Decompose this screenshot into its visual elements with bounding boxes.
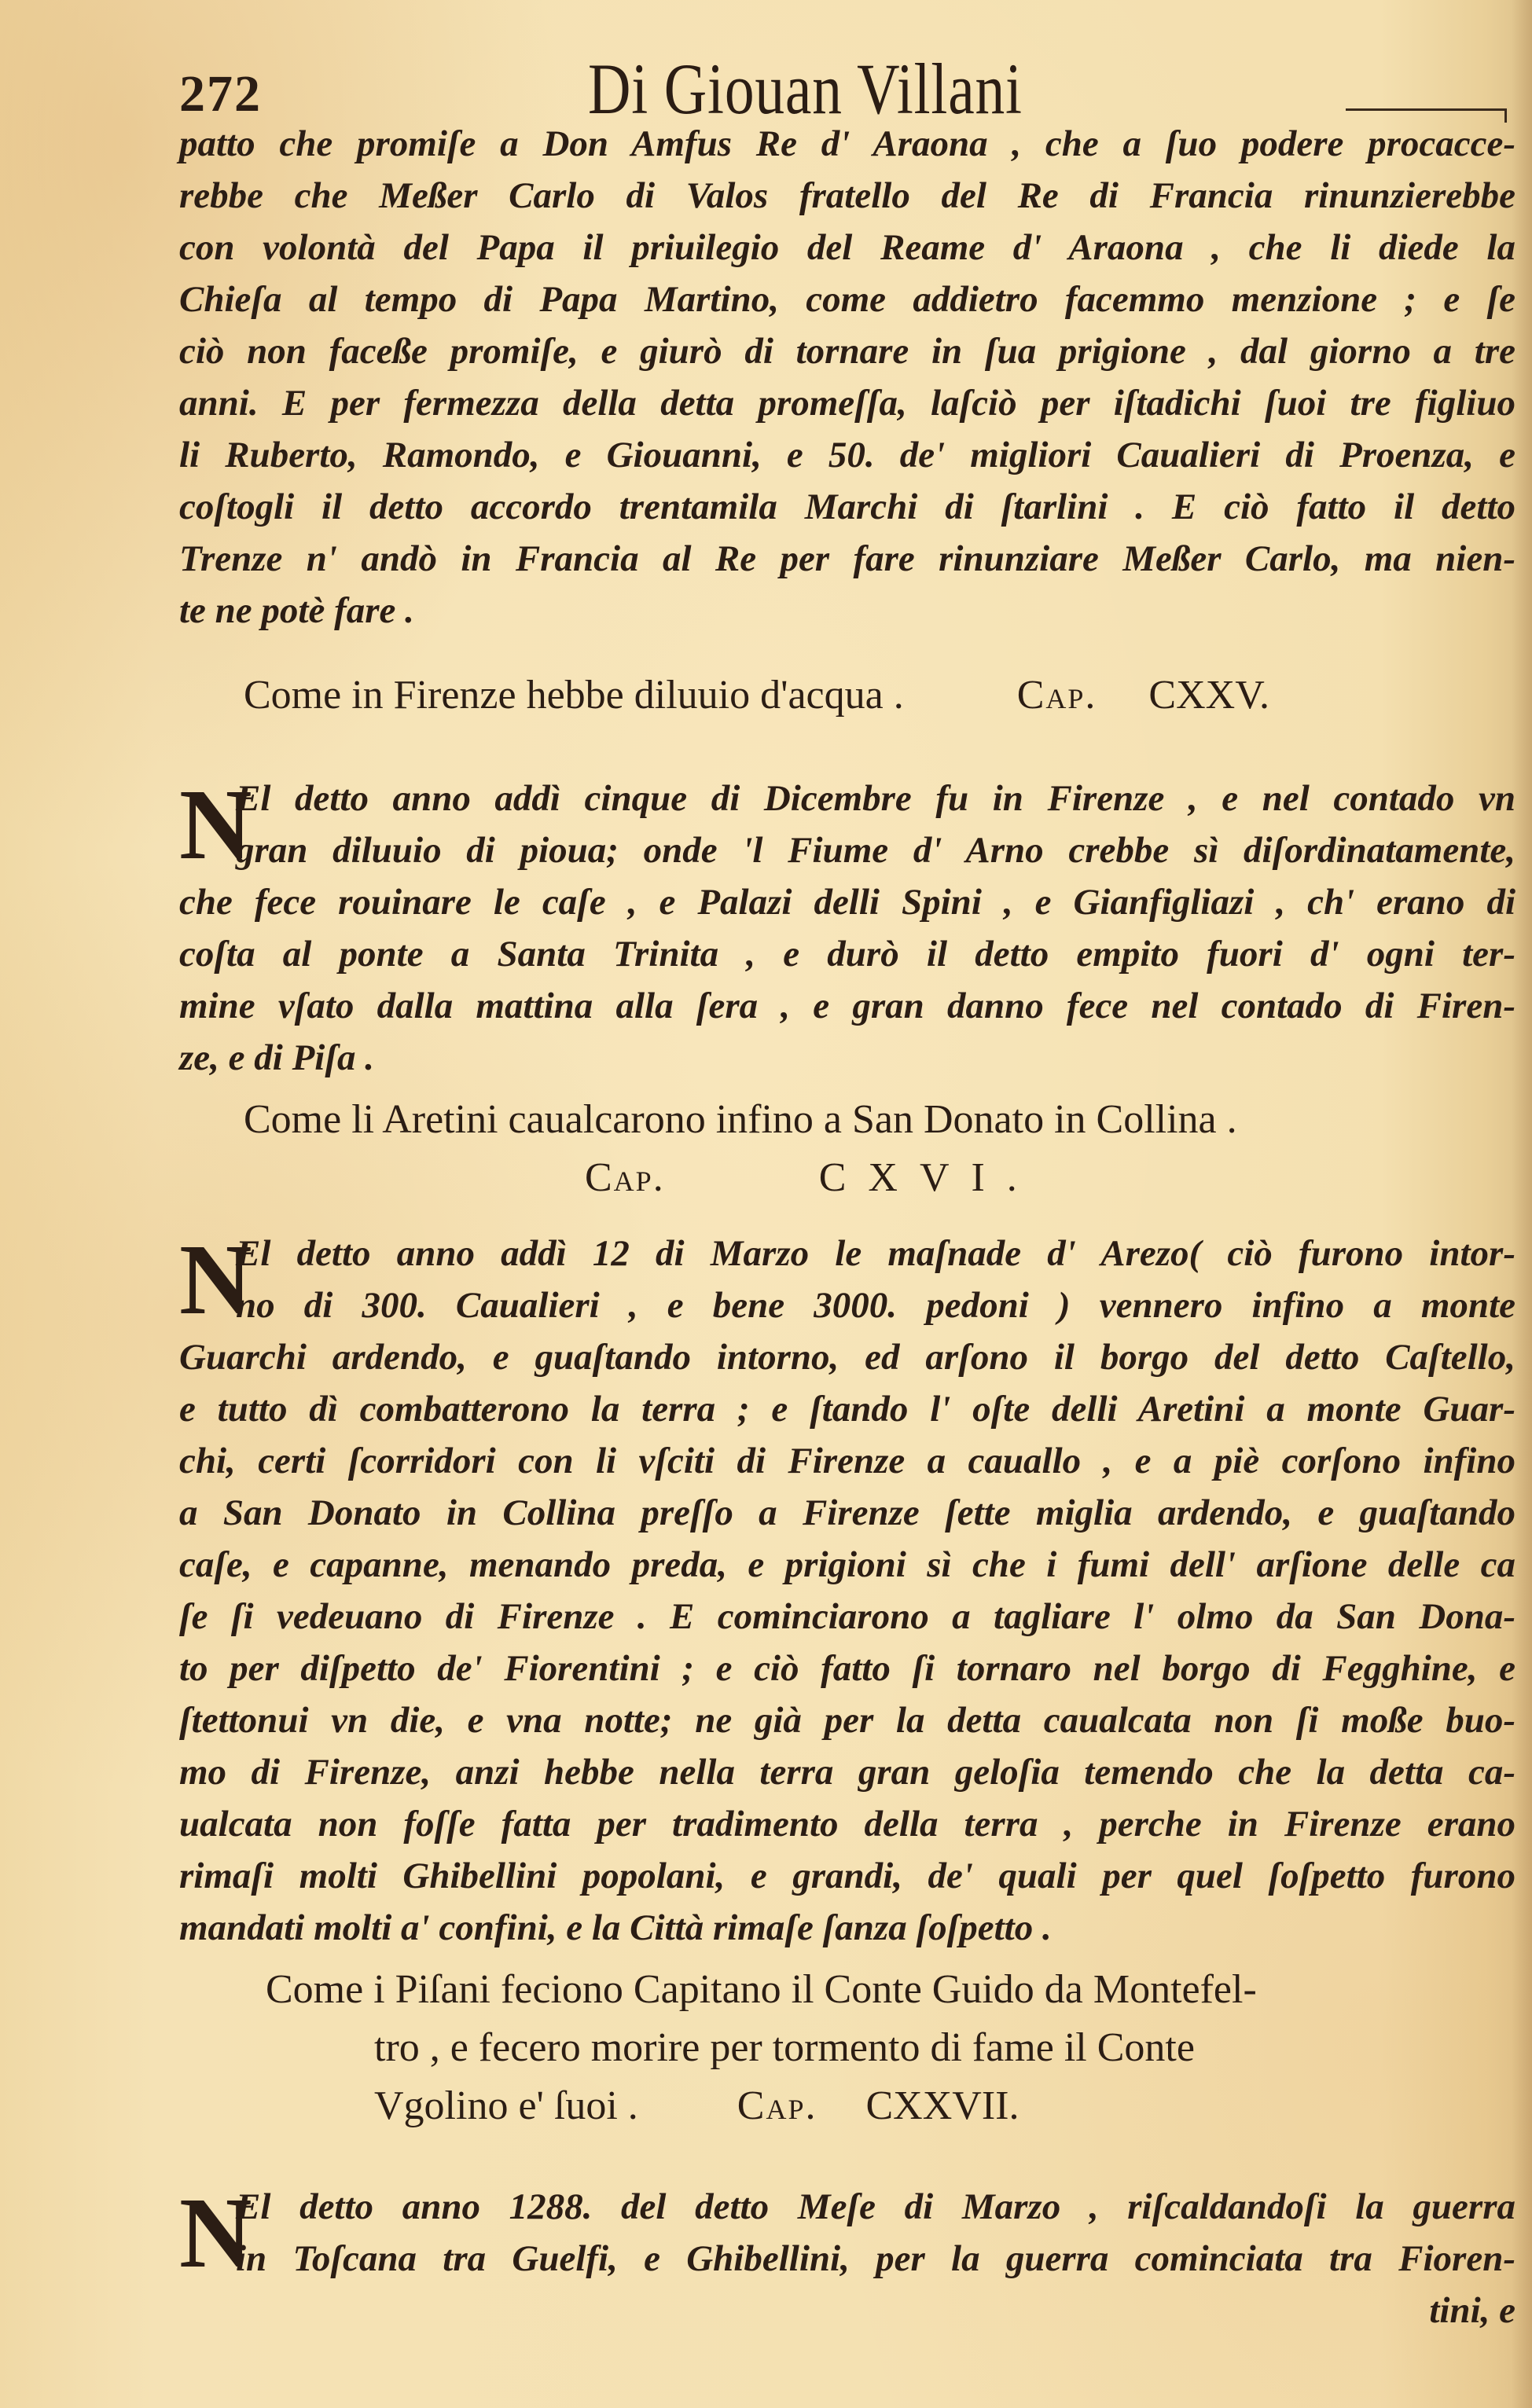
text-line: Chieſa al tempo di Papa Martino, come ad… bbox=[179, 273, 1515, 325]
chapter-heading-cxvi: Come li Aretini caualcarono infino a San… bbox=[179, 1091, 1515, 1207]
text-line: ciò non faceße promiſe, e giurò di torna… bbox=[179, 325, 1515, 377]
dropcap-initial: N bbox=[179, 2186, 252, 2280]
text-line: tini, e bbox=[179, 2285, 1515, 2336]
text-line: gran diluuio di pioua; onde 'l Fiume d' … bbox=[179, 824, 1515, 876]
text-line: Guarchi ardendo, e guaſtando intorno, ed… bbox=[179, 1331, 1515, 1383]
dropcap-initial: N bbox=[179, 1232, 252, 1327]
chapter-title-line: Come i Piſani feciono Capitano il Conte … bbox=[266, 1967, 1257, 2012]
text-line: anni. E per fermezza della detta promeſſ… bbox=[179, 377, 1515, 429]
text-line: in Toſcana tra Guelfi, e Ghibellini, per… bbox=[179, 2233, 1515, 2285]
cap-number: CXXVII. bbox=[866, 2083, 1019, 2128]
text-line: El detto anno 1288. del detto Meſe di Ma… bbox=[179, 2181, 1515, 2233]
chapter-title-line: tro , e fecero morire per tormento di fa… bbox=[374, 2025, 1195, 2070]
text-line: te ne potè fare . bbox=[179, 585, 1515, 637]
text-line: ualcata non foſſe fatta per tradimento d… bbox=[179, 1798, 1515, 1850]
cap-label: Cap. bbox=[585, 1155, 665, 1200]
text-line: mandati molti a' confini, e la Città rim… bbox=[179, 1902, 1515, 1954]
text-line: patto che promiſe a Don Amfus Re d' Arao… bbox=[179, 118, 1515, 170]
text-line: ze, e di Piſa . bbox=[179, 1032, 1515, 1084]
printer-rule-mark bbox=[1346, 108, 1507, 111]
text-line: che fece rouinare le caſe , e Palazi del… bbox=[179, 876, 1515, 928]
text-line: no di 300. Caualieri , e bene 3000. pedo… bbox=[179, 1279, 1515, 1331]
intro-paragraph: patto che promiſe a Don Amfus Re d' Arao… bbox=[179, 118, 1515, 637]
text-line: El detto anno addì cinque di Dicembre fu… bbox=[179, 773, 1515, 824]
text-line: rimaſi molti Ghibellini popolani, e gran… bbox=[179, 1850, 1515, 1902]
text-line: El detto anno addì 12 di Marzo le maſnad… bbox=[179, 1228, 1515, 1279]
cap-label: Cap. bbox=[737, 2083, 817, 2128]
book-page: 272 Di Giouan Villani patto che promiſe … bbox=[0, 0, 1532, 2408]
chapter-body-cxxvii: N El detto anno 1288. del detto Meſe di … bbox=[179, 2181, 1515, 2336]
text-line: li Ruberto, Ramondo, e Giouanni, e 50. d… bbox=[179, 429, 1515, 481]
text-line: ſtettonui vn die, e vna notte; ne già pe… bbox=[179, 1694, 1515, 1746]
text-line: coſtogli il detto accordo trentamila Mar… bbox=[179, 481, 1515, 533]
text-line: e tutto dì combatterono la terra ; e ſta… bbox=[179, 1383, 1515, 1435]
chapter-body-cxxv: N El detto anno addì cinque di Dicembre … bbox=[179, 773, 1515, 1084]
chapter-heading-cxxv: Come in Firenze hebbe diluuio d'acqua . … bbox=[179, 666, 1515, 725]
chapter-title: Come li Aretini caualcarono infino a San… bbox=[244, 1097, 1237, 1142]
dropcap-initial: N bbox=[179, 777, 252, 872]
text-line: chi, certi ſcorridori con li vſciti di F… bbox=[179, 1435, 1515, 1487]
text-line: coſta al ponte a Santa Trinita , e durò … bbox=[179, 928, 1515, 980]
text-line: mo di Firenze, anzi hebbe nella terra gr… bbox=[179, 1746, 1515, 1798]
cap-number: CXXV. bbox=[1148, 673, 1269, 718]
text-line: mine vſato dalla mattina alla ſera , e g… bbox=[179, 980, 1515, 1032]
text-line: rebbe che Meßer Carlo di Valos fratello … bbox=[179, 170, 1515, 222]
text-line: con volontà del Papa il priuilegio del R… bbox=[179, 222, 1515, 273]
chapter-title-line: Vgolino e' ſuoi . bbox=[374, 2083, 638, 2128]
cap-label: Cap. bbox=[1017, 673, 1097, 718]
chapter-heading-cxxvii: Come i Piſani feciono Capitano il Conte … bbox=[179, 1961, 1515, 2135]
text-line: to per diſpetto de' Fiorentini ; e ciò f… bbox=[179, 1643, 1515, 1694]
text-line: caſe, e capanne, menando preda, e prigio… bbox=[179, 1539, 1515, 1591]
text-line: ſe ſi vedeuano di Firenze . E cominciaro… bbox=[179, 1591, 1515, 1643]
text-line: a San Donato in Collina preſſo a Firenze… bbox=[179, 1487, 1515, 1539]
chapter-body-cxvi: N El detto anno addì 12 di Marzo le maſn… bbox=[179, 1228, 1515, 1954]
page-number: 272 bbox=[179, 64, 262, 124]
cap-number: CXVI. bbox=[819, 1155, 1039, 1200]
text-line: Trenze n' andò in Francia al Re per fare… bbox=[179, 533, 1515, 585]
chapter-title: Come in Firenze hebbe diluuio d'acqua . bbox=[244, 673, 904, 718]
